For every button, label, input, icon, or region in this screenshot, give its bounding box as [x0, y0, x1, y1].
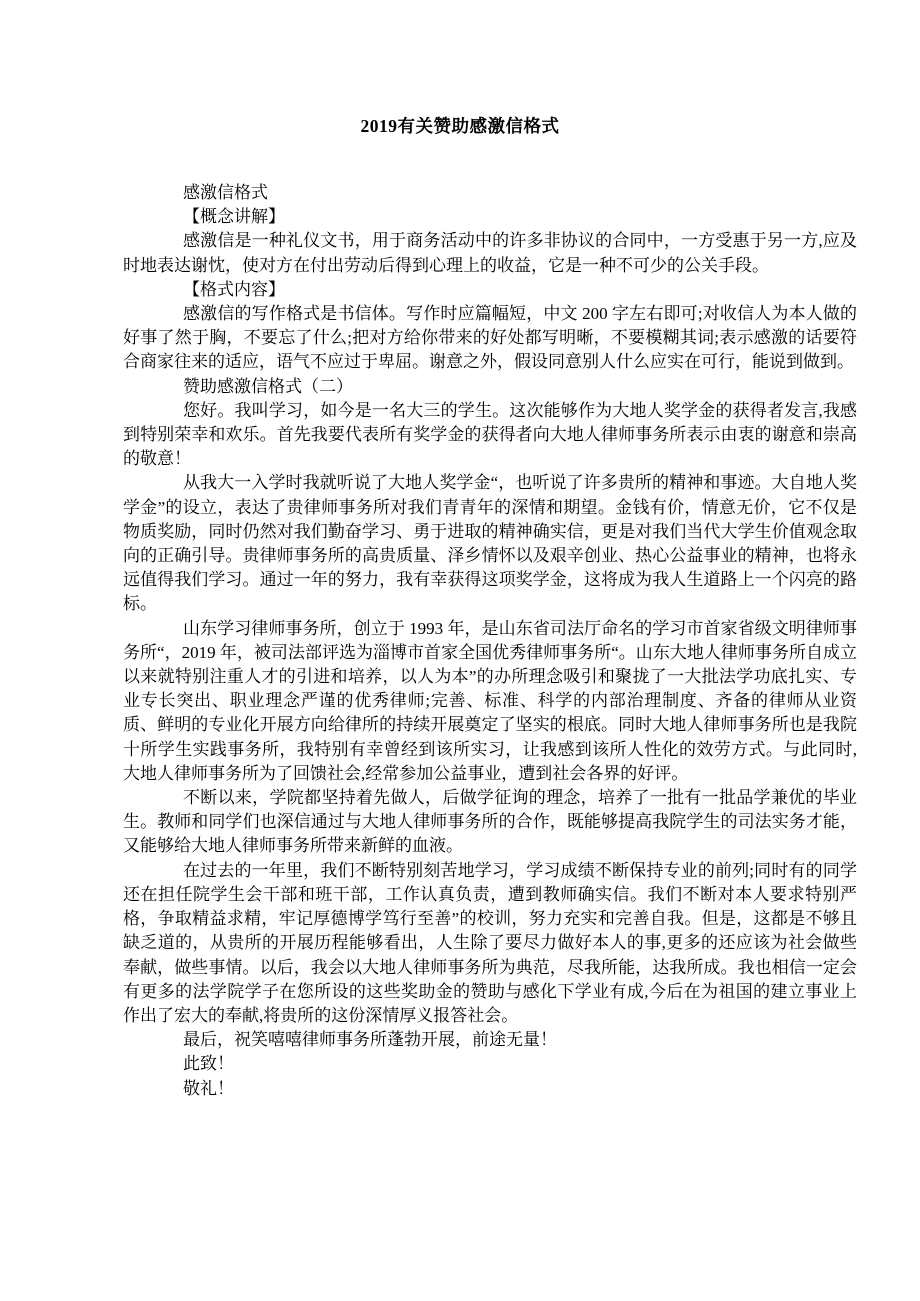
paragraph: 此致！: [123, 1052, 857, 1076]
document-page: 2019有关赞助感激信格式 感激信格式【概念讲解】感激信是一种礼仪文书，用于商务…: [0, 0, 920, 1301]
paragraph: 在过去的一年里，我们不断特别刻苦地学习，学习成绩不断保持专业的前列;同时有的同学…: [123, 859, 857, 1028]
paragraph: 您好。我叫学习，如今是一名大三的学生。这次能够作为大地人奖学金的获得者发言,我感…: [123, 399, 857, 472]
paragraph: 感激信格式: [123, 181, 857, 205]
document-body: 感激信格式【概念讲解】感激信是一种礼仪文书，用于商务活动中的许多非协议的合同中，…: [123, 181, 857, 1101]
paragraph: 感激信的写作格式是书信体。写作时应篇幅短，中文 200 字左右即可;对收信人为本…: [123, 302, 857, 375]
paragraph: 不断以来，学院都坚持着先做人，后做学征询的理念，培养了一批有一批品学兼优的毕业生…: [123, 786, 857, 859]
document-title: 2019有关赞助感激信格式: [0, 0, 920, 138]
paragraph: 赞助感激信格式（二）: [123, 375, 857, 399]
paragraph: 敬礼！: [123, 1077, 857, 1101]
paragraph: 最后，祝笑嘻嘻律师事务所蓬勃开展，前途无量！: [123, 1028, 857, 1052]
paragraph: 【概念讲解】: [123, 205, 857, 229]
paragraph: 从我大一入学时我就听说了大地人奖学金“，也听说了许多贵所的精神和事迹。大自地人奖…: [123, 471, 857, 616]
paragraph: 山东学习律师事务所，创立于 1993 年，是山东省司法厅命名的学习市首家省级文明…: [123, 617, 857, 786]
paragraph: 【格式内容】: [123, 278, 857, 302]
paragraph: 感激信是一种礼仪文书，用于商务活动中的许多非协议的合同中，一方受惠于另一方,应及…: [123, 229, 857, 277]
